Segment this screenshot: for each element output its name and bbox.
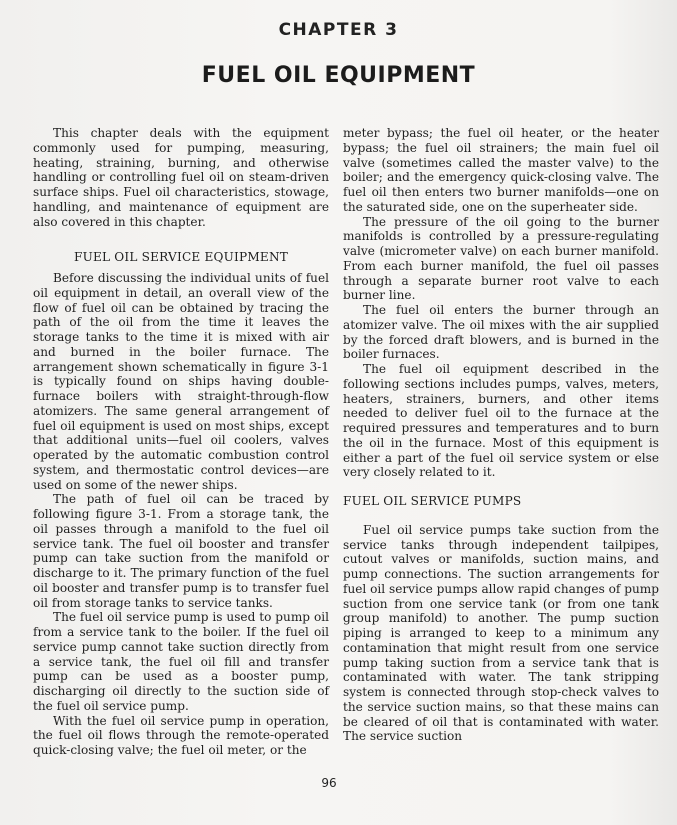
- body-paragraph: With the fuel oil service pump in operat…: [33, 714, 329, 758]
- intro-paragraph: This chapter deals with the equipment co…: [33, 126, 329, 229]
- section-heading-service-equipment: FUEL OIL SERVICE EQUIPMENT: [33, 250, 329, 265]
- body-paragraph: Before discussing the individual units o…: [33, 271, 329, 492]
- body-paragraph: The fuel oil equipment described in the …: [343, 362, 659, 480]
- chapter-label: CHAPTER 3: [0, 20, 677, 40]
- body-paragraph: The pressure of the oil going to the bur…: [343, 215, 659, 304]
- body-paragraph: The path of fuel oil can be traced by fo…: [33, 492, 329, 610]
- left-column: This chapter deals with the equipment co…: [33, 126, 329, 758]
- body-paragraph: The fuel oil enters the burner through a…: [343, 303, 659, 362]
- right-column: meter bypass; the fuel oil heater, or th…: [343, 126, 659, 744]
- book-page: CHAPTER 3 FUEL OIL EQUIPMENT This chapte…: [0, 0, 677, 825]
- chapter-title: FUEL OIL EQUIPMENT: [0, 63, 677, 88]
- body-paragraph: Fuel oil service pumps take suction from…: [343, 523, 659, 744]
- section-heading-service-pumps: FUEL OIL SERVICE PUMPS: [343, 494, 659, 509]
- page-number: 96: [0, 776, 658, 790]
- body-paragraph: The fuel oil service pump is used to pum…: [33, 610, 329, 713]
- continuation-paragraph: meter bypass; the fuel oil heater, or th…: [343, 126, 659, 215]
